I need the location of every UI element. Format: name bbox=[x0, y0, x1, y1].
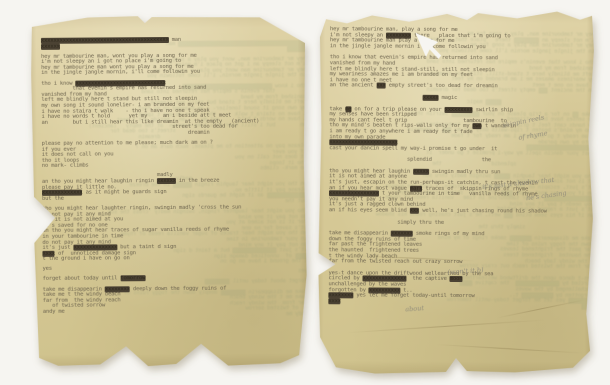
stanza: yes bbox=[43, 265, 300, 272]
typed-text: but the bbox=[42, 196, 64, 202]
typed-text: an the ancient bbox=[330, 83, 377, 89]
photo-of-manuscripts: xxxxxxxxxxxxxxxxxxxxxxxxxxxxxxxxxxxxxxxx… bbox=[0, 0, 610, 385]
struck-out-text: xxxxxxxxx bbox=[445, 106, 473, 112]
typed-line: xxxx bbox=[328, 299, 585, 306]
typed-text: swirlin ship bbox=[473, 107, 513, 113]
typed-text: far from the twisted reach out crazy sor… bbox=[329, 258, 463, 265]
typed-text: andy me bbox=[43, 309, 65, 315]
typed-line: simply thru the bbox=[329, 220, 586, 227]
typed-text: man bbox=[169, 37, 181, 43]
typed-line: no mark- climbs bbox=[42, 162, 299, 169]
typed-line: dreamin bbox=[42, 130, 299, 137]
struck-out-text: xxxxx bbox=[413, 169, 429, 175]
typed-text: splendid the bbox=[329, 157, 491, 164]
typed-text: in the jingle jangle mornin, i'll come f… bbox=[41, 69, 200, 76]
stanza: simply thru the bbox=[329, 220, 586, 227]
typed-text: as it might be guards sign bbox=[82, 189, 166, 196]
struck-out-text: tomorrow bbox=[120, 276, 145, 282]
aged-paper-sheet: xxxxxxxxxxxxxxxxxxxxxxxxxxxxxxxxxxxxxxxx… bbox=[28, 13, 308, 369]
stanza: madlyan tho you might hear laughin ringi… bbox=[42, 173, 299, 203]
stanza: yes-t dance upon the driftwood wellearth… bbox=[328, 271, 585, 306]
aged-paper-sheet: hey mr tambourine man, play a song for m… bbox=[315, 7, 595, 377]
typed-text: dreamin bbox=[42, 130, 210, 137]
pencil-annotation: about bbox=[405, 305, 424, 313]
typed-line: far from the twisted reach out crazy sor… bbox=[329, 259, 586, 266]
manuscript-page-right: hey mr tambourine man, play a song for m… bbox=[315, 7, 595, 377]
typed-text: yes let me forget today-until tomorrow bbox=[353, 293, 474, 300]
typed-text: the captive bbox=[406, 276, 450, 282]
typed-lyrics-left: xxxxxxxxxxxxxxxxxxxxxxxxxxxxxxxxxxxxxxxx… bbox=[41, 37, 300, 320]
stanza: forget about today until tomorrow bbox=[43, 276, 300, 283]
typed-line: an if his eyes seem blind xxx well, he's… bbox=[329, 208, 586, 215]
stanza: take me disappearin xxxxxxxx deeply down… bbox=[43, 286, 300, 316]
typed-text: yes bbox=[298, 268, 307, 274]
typed-text bbox=[330, 94, 423, 101]
typed-text: yes bbox=[43, 266, 52, 272]
struck-out-text: xxx bbox=[376, 83, 385, 89]
typed-line: an the ancient xxx empty street's too de… bbox=[330, 84, 587, 91]
typed-text: magic bbox=[438, 95, 457, 101]
typed-line: splendid the bbox=[329, 158, 586, 165]
stanza: take me on for a trip please on your xxx… bbox=[329, 107, 586, 153]
paper-crease bbox=[435, 344, 585, 354]
stanza: tho i know xxxxxxxxxxxxxxxxxxxxxxxxxxxxx… bbox=[41, 80, 298, 138]
stanza: hey mr tambourine man, play a song for m… bbox=[330, 27, 587, 51]
stanza: splendid the bbox=[329, 158, 586, 165]
typed-text: forget about today until bbox=[43, 276, 121, 283]
struck-out-text: moon bbox=[450, 276, 462, 282]
typed-text: simply thru the bbox=[329, 219, 444, 226]
typed-line: in the jingle jangle mornin, i'll come f… bbox=[41, 70, 298, 77]
typed-text: deeply down the foggy ruins of bbox=[130, 285, 226, 292]
struck-out-text: xxxxxx bbox=[157, 178, 176, 184]
typed-text: smoke rings of my mind bbox=[413, 231, 485, 237]
stanza: tho you might hear laughter ringin, swin… bbox=[42, 205, 299, 263]
stanza: hey mr tambourine man, wont you play a s… bbox=[41, 53, 298, 77]
typed-text: cast your dancin spell my way-i promise … bbox=[329, 145, 497, 152]
typed-text: swingin madly thru sun bbox=[429, 169, 501, 175]
stanza: take me disappearin xxxxxxx smoke rings … bbox=[329, 231, 586, 266]
struck-out-text: xxxxxxxxxxxxxxxxxxxxxxxxxxxxxxxxxxxxxxxx… bbox=[41, 37, 169, 44]
typed-line: in the jingle jangle mornin i'll come fo… bbox=[330, 44, 587, 51]
typed-text: well, he's just chasing round his shadow bbox=[419, 208, 547, 215]
stanza: tho i know that evenin's empire has retu… bbox=[330, 56, 587, 91]
typed-line: cast your dancin spell my way-i promise … bbox=[329, 146, 586, 153]
typed-line: t the ground i have on go on bbox=[42, 255, 299, 262]
typed-text: in the breeze bbox=[176, 178, 220, 184]
typed-text: an if his eyes seem blind bbox=[329, 207, 410, 213]
stanza: please pay no attention to me please; mu… bbox=[42, 140, 299, 170]
typed-line: forget about today until tomorrow bbox=[43, 276, 300, 283]
typed-line: xxxxx magic bbox=[330, 95, 587, 102]
typed-text: empty street's too dead for dreamin bbox=[386, 83, 498, 90]
typed-text: no mark- climbs bbox=[42, 163, 89, 169]
typed-text: in the jingle jangle mornin i'll come fo… bbox=[330, 43, 486, 50]
struck-out-text: xxxxx bbox=[423, 95, 439, 101]
struck-out-text: xxxx bbox=[328, 298, 340, 304]
stanza: xxxxxxxxxxxxxxxxxxxxxxxxxxxxxxxxxxxxxxxx… bbox=[41, 37, 298, 50]
stanza: xxxxx magic bbox=[330, 95, 587, 102]
typed-text: t the ground i have on go on bbox=[42, 256, 129, 263]
typed-line: yes bbox=[43, 265, 300, 272]
paper-crease bbox=[345, 320, 545, 334]
struck-out-text: xxxxxx bbox=[41, 43, 60, 49]
struck-out-text: xxx bbox=[410, 208, 419, 214]
manuscript-page-left: xxxxxxxxxxxxxxxxxxxxxxxxxxxxxxxxxxxxxxxx… bbox=[28, 13, 308, 369]
